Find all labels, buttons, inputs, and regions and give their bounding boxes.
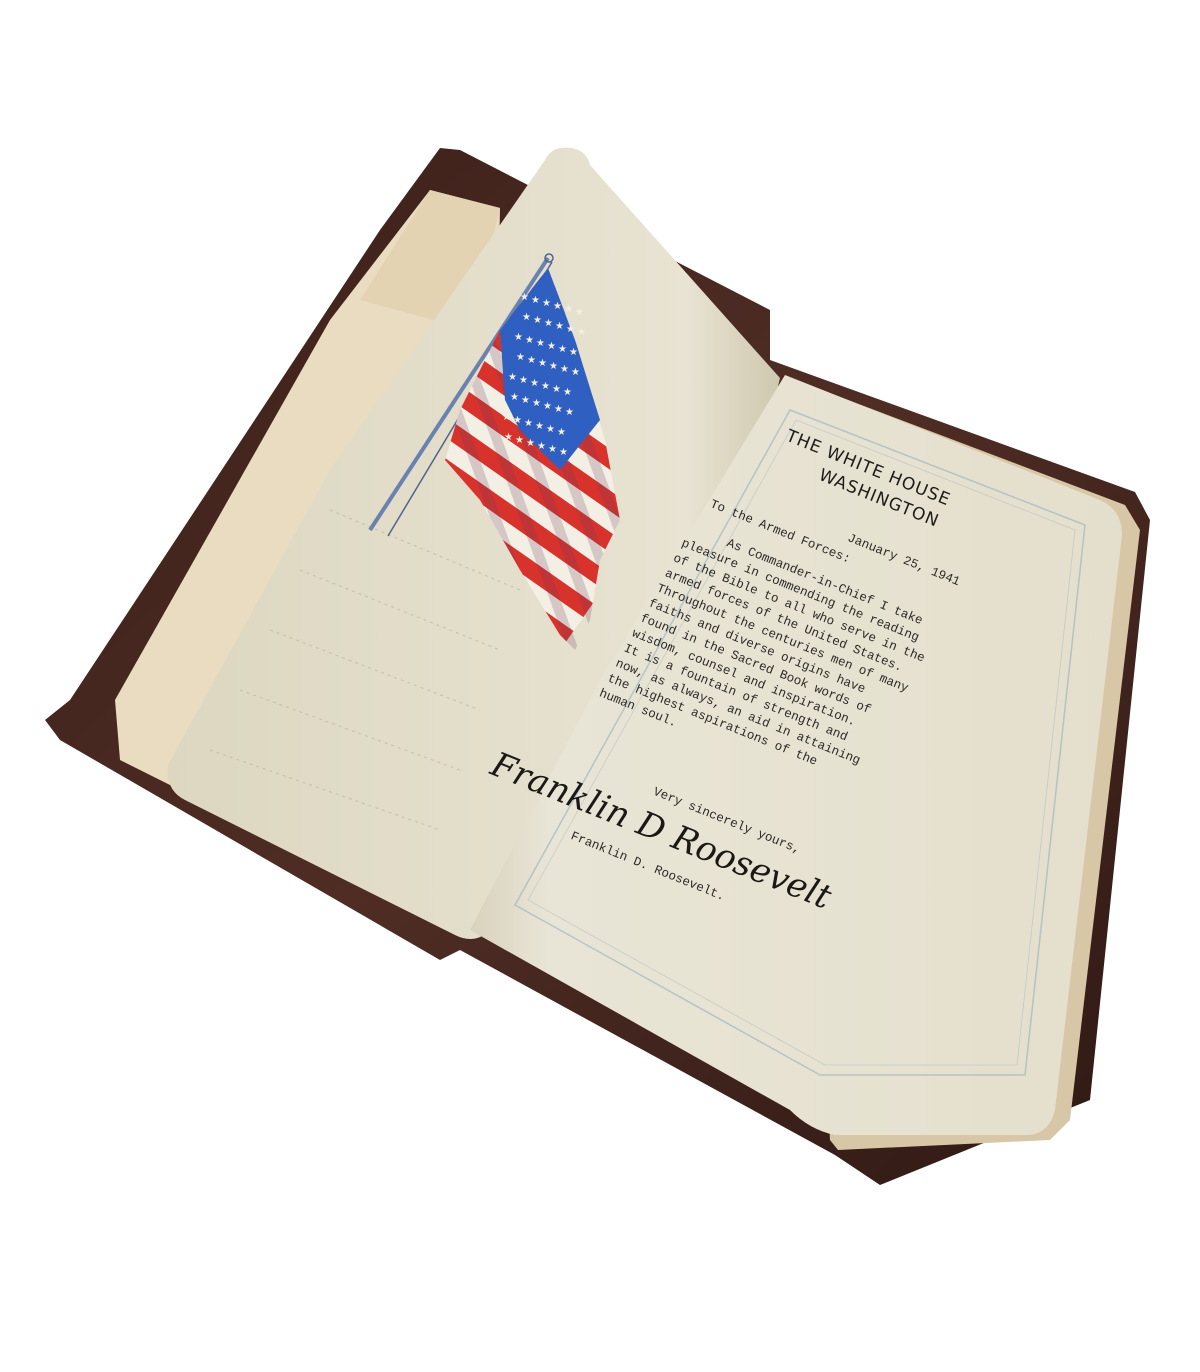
svg-text:★: ★ xyxy=(510,392,519,403)
svg-text:★: ★ xyxy=(563,387,572,398)
svg-text:★: ★ xyxy=(560,364,569,375)
svg-text:★: ★ xyxy=(546,424,555,435)
svg-text:★: ★ xyxy=(508,372,517,383)
svg-text:★: ★ xyxy=(515,435,524,446)
svg-text:★: ★ xyxy=(537,441,546,452)
svg-text:★: ★ xyxy=(526,438,535,449)
svg-text:★: ★ xyxy=(536,338,545,349)
svg-text:★: ★ xyxy=(541,381,550,392)
svg-text:★: ★ xyxy=(544,318,553,329)
svg-text:★: ★ xyxy=(553,301,562,312)
svg-text:★: ★ xyxy=(519,375,528,386)
svg-text:★: ★ xyxy=(543,401,552,412)
svg-text:★: ★ xyxy=(533,315,542,326)
svg-text:★: ★ xyxy=(547,341,556,352)
svg-text:★: ★ xyxy=(542,298,551,309)
svg-text:★: ★ xyxy=(564,304,573,315)
svg-text:★: ★ xyxy=(552,384,561,395)
svg-text:★: ★ xyxy=(532,398,541,409)
svg-text:★: ★ xyxy=(513,415,522,426)
svg-text:★: ★ xyxy=(530,378,539,389)
svg-text:★: ★ xyxy=(555,321,564,332)
svg-text:★: ★ xyxy=(565,407,574,418)
svg-text:★: ★ xyxy=(527,355,536,366)
svg-text:★: ★ xyxy=(557,427,566,438)
svg-text:★: ★ xyxy=(502,412,511,423)
svg-text:★: ★ xyxy=(522,312,531,323)
svg-text:★: ★ xyxy=(504,432,513,443)
svg-text:★: ★ xyxy=(566,324,575,335)
svg-text:★: ★ xyxy=(516,352,525,363)
svg-text:★: ★ xyxy=(521,395,530,406)
svg-text:★: ★ xyxy=(535,421,544,432)
svg-text:★: ★ xyxy=(575,307,584,318)
svg-text:★: ★ xyxy=(538,358,547,369)
svg-text:★: ★ xyxy=(531,295,540,306)
svg-text:★: ★ xyxy=(554,404,563,415)
svg-text:★: ★ xyxy=(548,444,557,455)
svg-text:★: ★ xyxy=(558,344,567,355)
svg-text:★: ★ xyxy=(514,332,523,343)
svg-text:★: ★ xyxy=(571,367,580,378)
svg-text:★: ★ xyxy=(520,292,529,303)
book-photo: ★★★★★★★★★★★★★★★★★★★★★★★★★★★★★★★★★★★★★★★★… xyxy=(0,0,1200,1372)
svg-text:★: ★ xyxy=(577,327,586,338)
svg-text:★: ★ xyxy=(525,335,534,346)
svg-text:★: ★ xyxy=(559,447,568,458)
svg-text:★: ★ xyxy=(549,361,558,372)
svg-text:★: ★ xyxy=(524,418,533,429)
svg-text:★: ★ xyxy=(569,347,578,358)
